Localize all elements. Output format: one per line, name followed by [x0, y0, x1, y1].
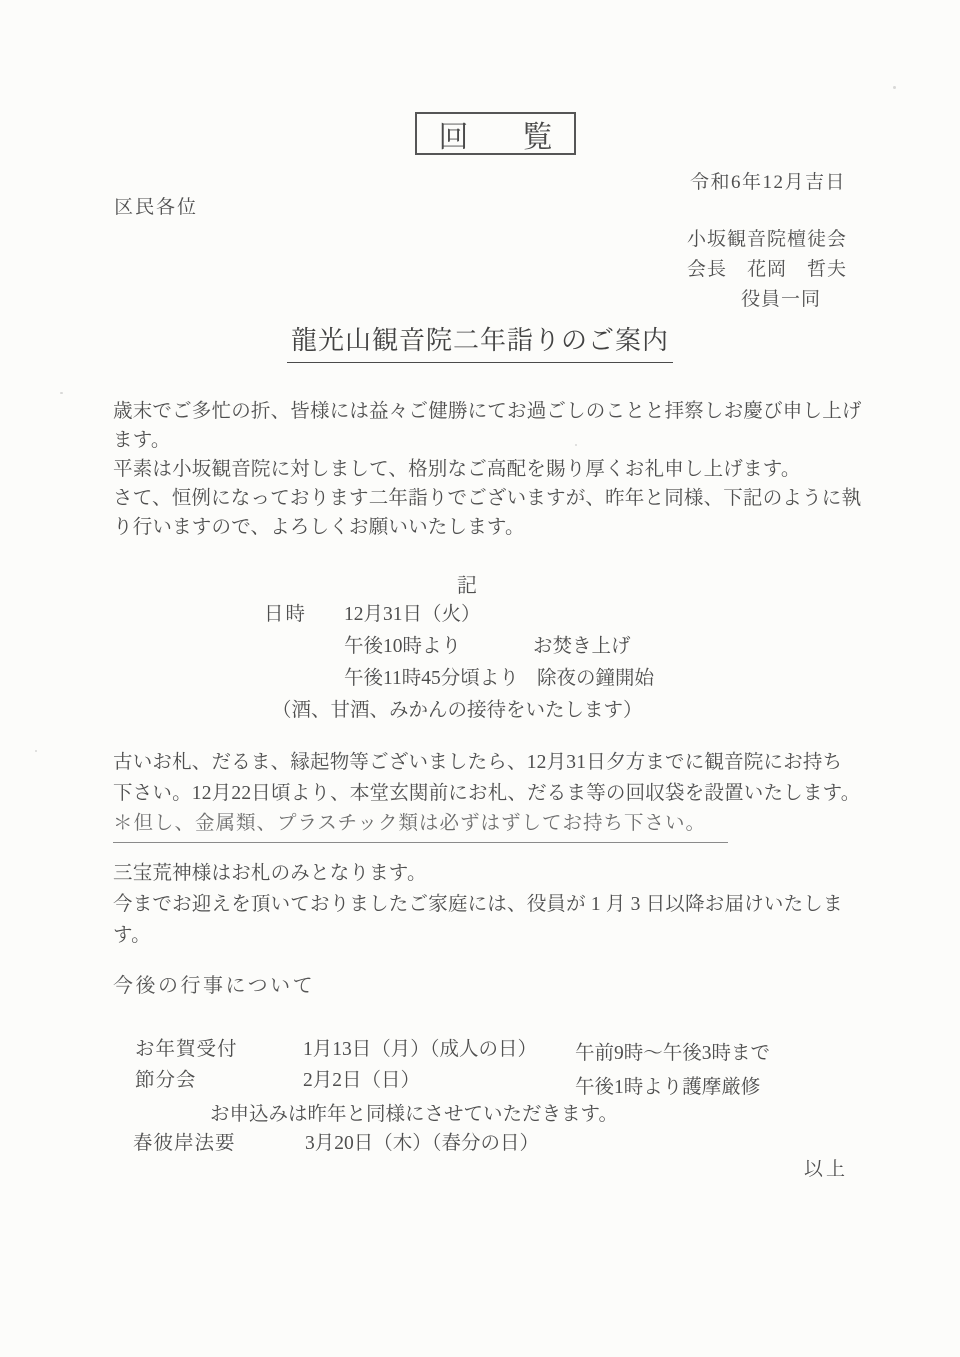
collection-line: 古いお札、だるま、縁起物等ございましたら、12月31日夕方までに観音院にお持ち [113, 748, 860, 779]
sanpo-line: す。 [113, 920, 843, 951]
scan-noise-dot [575, 444, 577, 446]
document-title: 龍光山観音院二年詣りのご案内 [0, 320, 960, 363]
event-time: 午後1時より護摩厳修 [575, 1071, 760, 1099]
events-heading: 今後の行事について [113, 969, 315, 998]
kairan-stamp-label: 回 覧 [439, 112, 565, 156]
event-date: 1月13日（月）（成人の日） [303, 1033, 537, 1061]
record-date-value: 12月31日（火） [344, 598, 481, 626]
scan-noise-dot [893, 86, 896, 89]
record-heading: 記 [457, 569, 477, 598]
record-hospitality-note: （酒、甘酒、みかんの接待をいたします） [272, 694, 643, 722]
sanpo-paragraph: 三宝荒神様はお札のみとなります。 今までお迎えを頂いておりましたご家庭には、役員… [113, 858, 843, 951]
intro-paragraphs: 歳末でご多忙の折、皆様には益々ご健勝にてお過ごしのことと拝察しお慶び申し上げ ま… [113, 397, 862, 542]
intro-line: 歳末でご多忙の折、皆様には益々ご健勝にてお過ごしのことと拝察しお慶び申し上げ [113, 397, 862, 426]
events-application-note: お申込みは昨年と同様にさせていただきます。 [210, 1098, 618, 1126]
event-name: お年賀受付 [135, 1033, 238, 1061]
document-title-text: 龍光山観音院二年詣りのご案内 [287, 320, 673, 363]
scan-noise-dot [35, 750, 37, 752]
intro-line: さて、恒例になっております二年詣りでございますが、昨年と同様、下記のように執 [113, 484, 862, 513]
sender-block: 小坂観音院檀徒会 会長 花岡 哲夫 役員一同 [687, 225, 847, 315]
sender-organization: 小坂観音院檀徒会 [687, 225, 847, 255]
event-time: 午前9時～午後3時まで [575, 1037, 770, 1065]
record-schedule-time: 午後11時45分頃より [344, 662, 519, 690]
intro-line: ます。 [113, 426, 862, 455]
scan-noise-dot [60, 392, 63, 394]
collection-warning: ＊但し、金属類、プラスチック類は必ずはずしてお持ち下さい。 [113, 809, 728, 843]
document-date: 令和6年12月吉日 [690, 167, 846, 194]
recipient-line: 区民各位 [114, 192, 198, 219]
intro-line: り行いますので、よろしくお願いいたします。 [113, 513, 862, 542]
sanpo-line: 今までお迎えを頂いておりましたご家庭には、役員が 1 月 3 日以降お届けいたし… [113, 889, 843, 920]
event-name: 節分会 [135, 1064, 197, 1092]
record-schedule-event: お焚き上げ [533, 630, 631, 658]
kairan-stamp-box: 回 覧 [415, 112, 576, 155]
record-schedule-event: 除夜の鐘開始 [537, 662, 654, 690]
sanpo-line: 三宝荒神様はお札のみとなります。 [113, 858, 843, 889]
record-date-label: 日時 [264, 598, 307, 626]
event-date: 3月20日（木）（春分の日） [305, 1127, 539, 1155]
event-name: 春彼岸法要 [133, 1127, 236, 1155]
sender-chairman: 会長 花岡 哲夫 [687, 255, 847, 285]
record-schedule-time: 午後10時より [344, 630, 461, 658]
closing-ijou: 以上 [804, 1154, 848, 1181]
collection-line: 下さい。12月22日頃より、本堂玄関前にお札、だるま等の回収袋を設置いたします。 [113, 779, 860, 810]
scanned-circular-document: 回 覧 令和6年12月吉日 区民各位 小坂観音院檀徒会 会長 花岡 哲夫 役員一… [0, 0, 960, 1357]
intro-line: 平素は小坂観音院に対しまして、格別なご高配を賜り厚くお礼申し上げます。 [113, 455, 862, 484]
collection-paragraph: 古いお札、だるま、縁起物等ございましたら、12月31日夕方までに観音院にお持ち … [113, 748, 860, 843]
sender-officers: 役員一同 [687, 285, 847, 315]
event-date: 2月2日（日） [303, 1064, 420, 1092]
